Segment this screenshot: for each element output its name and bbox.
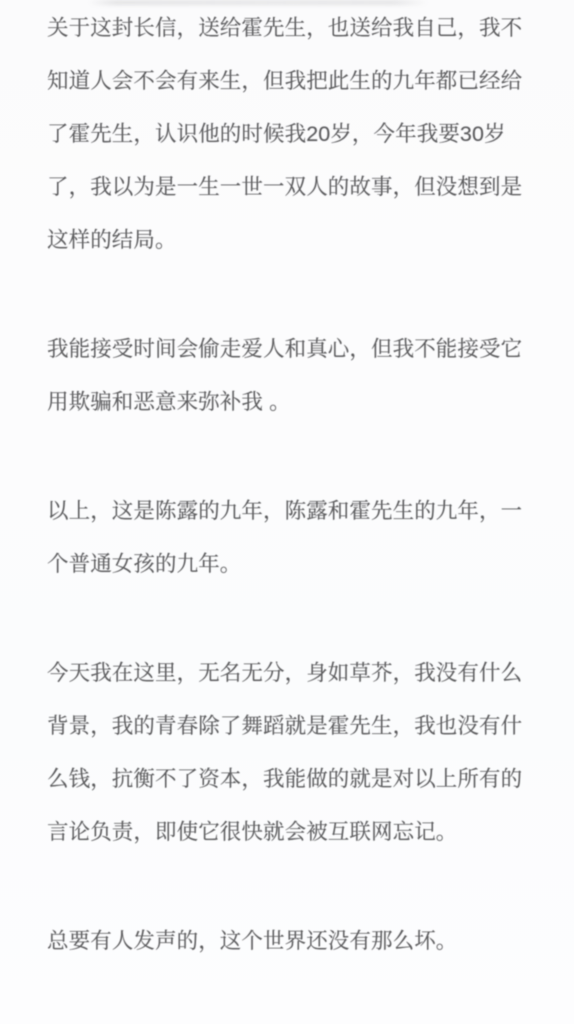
paragraph: 我能接受时间会偷走爱人和真心，但我不能接受它 用欺骗和恶意来弥补我 。 (47, 323, 547, 429)
text-line: 了，我以为是一生一世一双人的故事，但没想到是 (47, 161, 547, 214)
text-line: 用欺骗和恶意来弥补我 。 (47, 376, 547, 429)
paragraph: 今天我在这里，无名无分，身如草芥，我没有什么 背景，我的青春除了舞蹈就是霍先生，… (47, 647, 547, 859)
text-line: 个普通女孩的九年。 (47, 538, 547, 591)
text-line: 么钱，抗衡不了资本，我能做的就是对以上所有的 (47, 753, 547, 806)
letter-body: 关于这封长信，送给霍先生，也送给我自己，我不 知道人会不会有来生，但我把此生的九… (47, 2, 547, 968)
text-line: 今天我在这里，无名无分，身如草芥，我没有什么 (47, 647, 547, 700)
paragraph: 以上，这是陈露的九年，陈露和霍先生的九年，一 个普通女孩的九年。 (47, 485, 547, 591)
text-line: 关于这封长信，送给霍先生，也送给我自己，我不 (47, 2, 547, 55)
text-line: 以上，这是陈露的九年，陈露和霍先生的九年，一 (47, 485, 547, 538)
text-line: 言论负责，即使它很快就会被互联网忘记。 (47, 806, 547, 859)
text-line: 总要有人发声的，这个世界还没有那么坏。 (47, 915, 547, 968)
text-line: 知道人会不会有来生，但我把此生的九年都已经给 (47, 55, 547, 108)
text-line: 这样的结局。 (47, 214, 547, 267)
paragraph: 关于这封长信，送给霍先生，也送给我自己，我不 知道人会不会有来生，但我把此生的九… (47, 2, 547, 267)
text-line: 了霍先生，认识他的时候我20岁，今年我要30岁 (47, 108, 547, 161)
letter-page: 关于这封长信，送给霍先生，也送给我自己，我不 知道人会不会有来生，但我把此生的九… (0, 0, 574, 1024)
text-line: 背景，我的青春除了舞蹈就是霍先生，我也没有什 (47, 700, 547, 753)
paragraph: 总要有人发声的，这个世界还没有那么坏。 (47, 915, 547, 968)
text-line: 我能接受时间会偷走爱人和真心，但我不能接受它 (47, 323, 547, 376)
